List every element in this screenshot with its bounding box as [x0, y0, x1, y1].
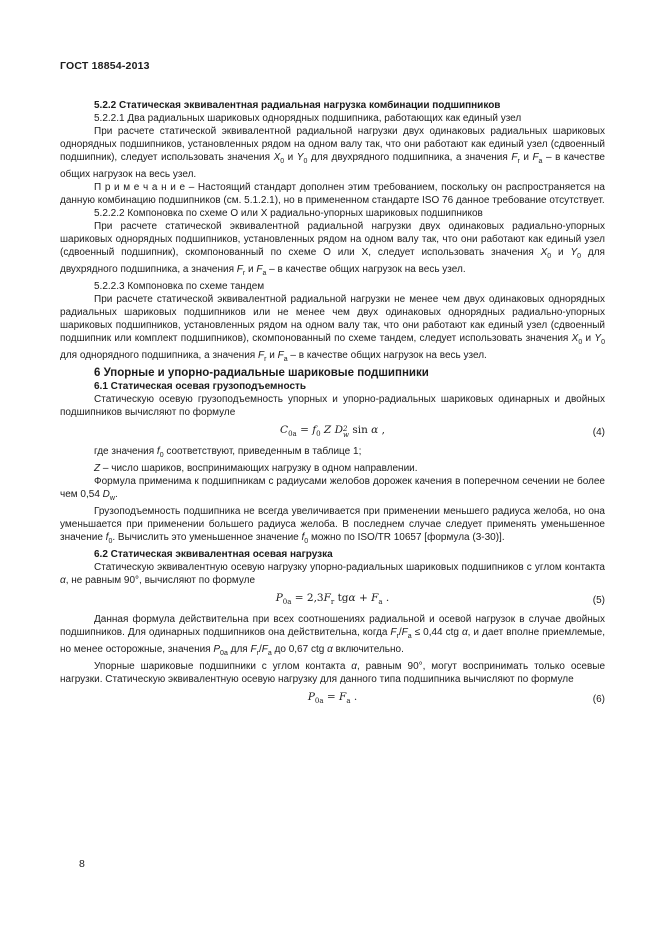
heading-5-2-2-2: 5.2.2.2 Компоновка по схеме О или Х ради… [60, 207, 605, 220]
formula-4-where-z: Z – число шариков, воспринимающих нагруз… [60, 462, 605, 475]
formula-5-math: P0a = 2,3Fr tgα + Fa . [276, 592, 390, 604]
para-6-2-thrust: Упорные шариковые подшипники с углом кон… [60, 660, 605, 686]
note-paragraph: П р и м е ч а н и е – Настоящий стандарт… [60, 181, 605, 207]
formula-6-math: P0a = Fa . [308, 691, 357, 703]
heading-5-2-2-1: 5.2.2.1 Два радиальных шариковых одноряд… [60, 112, 605, 125]
para-6-2-validity: Данная формула действительна при всех со… [60, 613, 605, 660]
heading-5-2-2-3: 5.2.2.3 Компоновка по схеме тандем [60, 280, 605, 293]
formula-5-number: (5) [593, 594, 605, 607]
para-5-2-2-1: При расчете статической эквивалентной ра… [60, 125, 605, 181]
formula-6: P0a = Fa . (6) [60, 691, 605, 708]
doc-number: ГОСТ 18854-2013 [60, 60, 150, 72]
para-5-2-2-3: При расчете статической эквивалентной ра… [60, 293, 605, 366]
formula-4-number: (4) [593, 426, 605, 439]
para-6-1-intro: Статическую осевую грузоподъемность упор… [60, 393, 605, 419]
heading-5-2-2: 5.2.2 Статическая эквивалентная радиальн… [60, 99, 605, 112]
heading-6-1: 6.1 Статическая осевая грузоподъемность [60, 380, 605, 393]
para-6-1-capacity-note: Грузоподъемность подшипника не всегда ув… [60, 505, 605, 548]
chapter-6-heading: 6 Упорные и упорно-радиальные шариковые … [60, 366, 605, 380]
para-6-2-intro: Статическую эквивалентную осевую нагрузк… [60, 561, 605, 587]
formula-4-where-f0: где значения f0 соответствуют, приведенн… [60, 445, 605, 462]
formula-4-math: C0a = f0 Z D2w sin α , [280, 424, 385, 436]
page-content: 5.2.2 Статическая эквивалентная радиальн… [60, 99, 605, 712]
page-number: 8 [79, 858, 85, 870]
document-page: ГОСТ 18854-2013 5.2.2 Статическая эквива… [0, 0, 661, 936]
para-6-1-applicability: Формула применима к подшипникам с радиус… [60, 475, 605, 505]
formula-6-number: (6) [593, 693, 605, 706]
para-5-2-2-2: При расчете статической эквивалентной ра… [60, 220, 605, 280]
formula-5: P0a = 2,3Fr tgα + Fa . (5) [60, 592, 605, 609]
formula-4: C0a = f0 Z D2w sin α , (4) [60, 424, 605, 441]
heading-6-2: 6.2 Статическая эквивалентная осевая наг… [60, 548, 605, 561]
